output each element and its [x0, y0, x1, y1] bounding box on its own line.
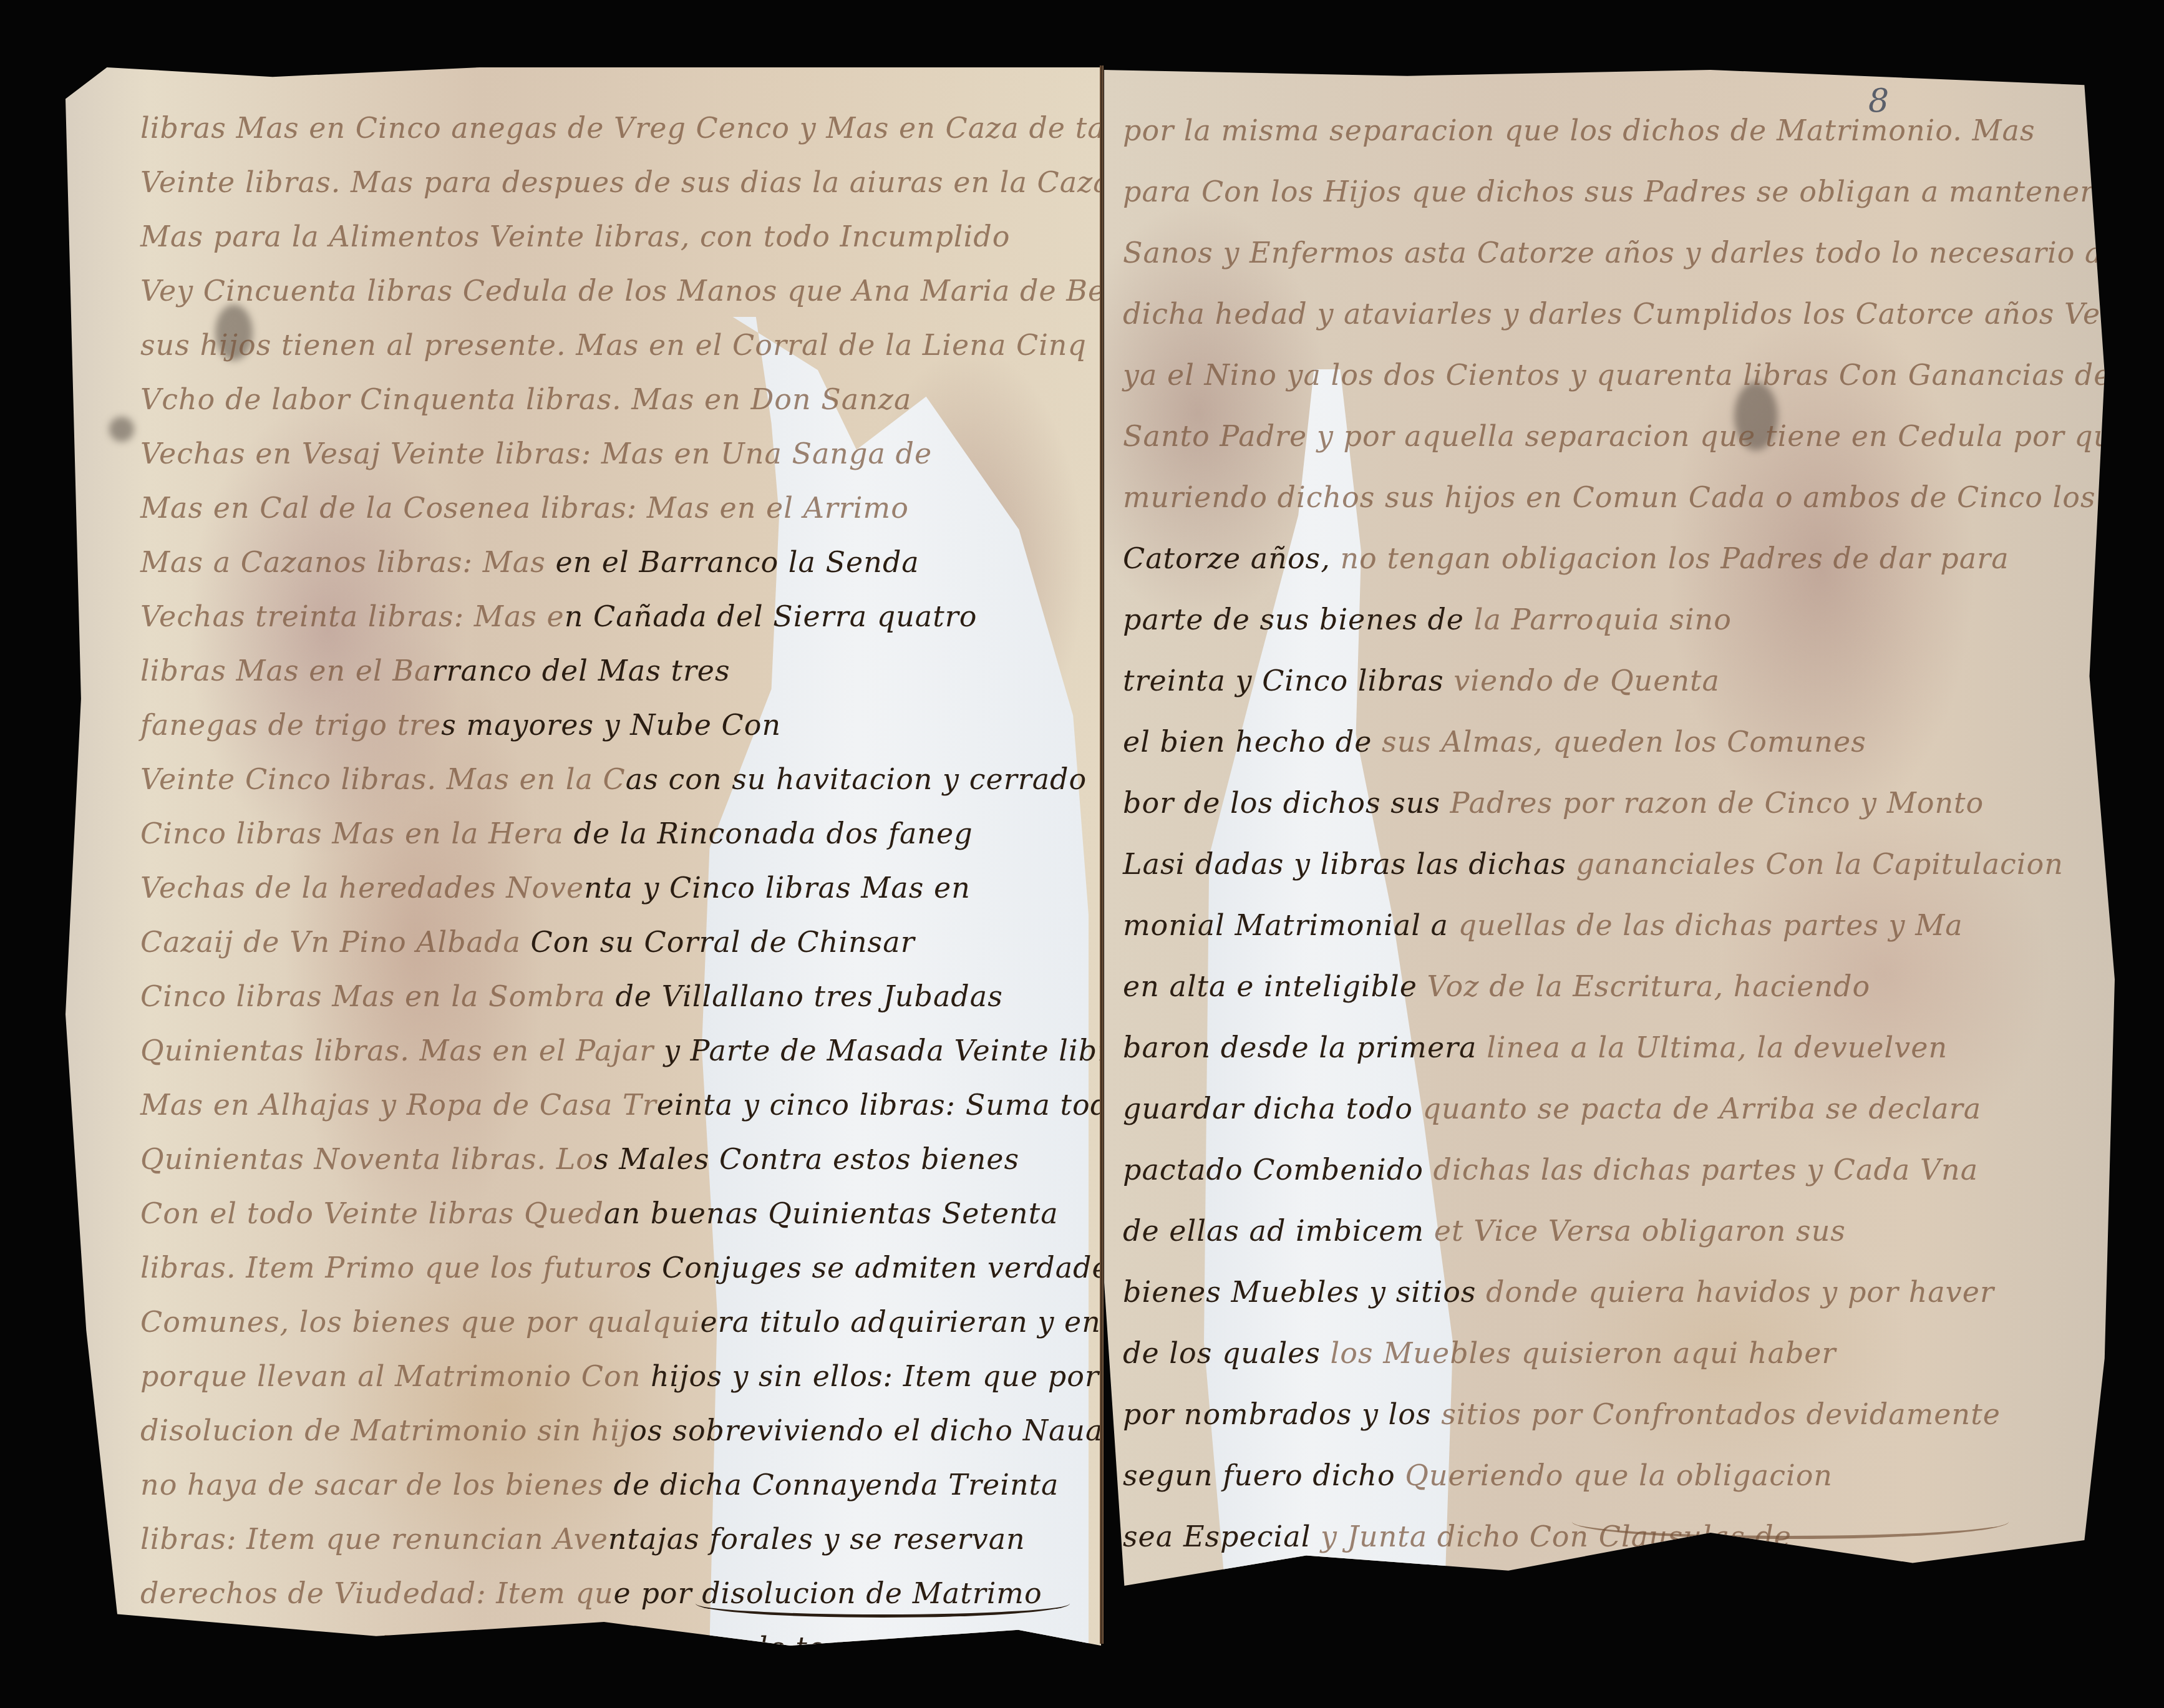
manuscript-line: pactado Combenido dichas las dichas part… [1123, 1153, 1978, 1186]
manuscript-line: Vechas de la heredades Noventa y Cinco l… [140, 871, 971, 905]
manuscript-line: Quinientas libras. Mas en el Pajar y Par… [140, 1034, 1101, 1067]
manuscript-line: Catorze años, no tengan obligacion los P… [1123, 541, 2009, 575]
manuscript-line: porque llevan al Matrimonio Con hijos y … [140, 1359, 1099, 1393]
manuscript-line: Con el todo Veinte libras Quedan buenas … [140, 1196, 1059, 1230]
manuscript-line: ya el Nino ya los dos Cientos y quarenta… [1123, 358, 2111, 392]
manuscript-line: muriendo dichos sus hijos en Comun Cada … [1123, 480, 2096, 514]
manuscript-line: Mas en Alhajas y Ropa de Casa Treinta y … [140, 1088, 1101, 1122]
manuscript-line: Vcho de labor Cinquenta libras. Mas en D… [140, 382, 912, 416]
manuscript-line: sus hijos tienen al presente. Mas en el … [140, 328, 1087, 362]
left-manuscript-page: libras Mas en Cinco anegas de Vreg Cenco… [66, 67, 1101, 1646]
manuscript-line: Vey Cincuenta libras Cedula de los Manos… [140, 274, 1101, 308]
manuscript-line: para Con los Hijos que dichos sus Padres… [1123, 175, 2115, 208]
manuscript-line: libras Mas en el Barranco del Mas tres [140, 654, 730, 687]
manuscript-line: no haya de sacar de los bienes de dicha … [140, 1468, 1059, 1502]
manuscript-line: dicha hedad y ataviarles y darles Cumpli… [1123, 297, 2115, 331]
manuscript-line: disolucion de Matrimonio sin hijos sobre… [140, 1414, 1101, 1447]
manuscript-line: Cinco libras Mas en la Hera de la Rincon… [140, 817, 973, 850]
manuscript-line: bor de los dichos sus Padres por razon d… [1123, 786, 1984, 820]
manuscript-line: segun fuero dicho Queriendo que la oblig… [1123, 1458, 1833, 1492]
manuscript-line: fanegas de trigo tres mayores y Nube Con [140, 708, 781, 742]
manuscript-line: Lasi dadas y libras las dichas ganancial… [1123, 847, 2064, 881]
manuscript-line: Mas para la Alimentos Veinte libras, con… [140, 220, 1010, 253]
manuscript-line: libras Mas en Cinco anegas de Vreg Cenco… [140, 111, 1101, 145]
manuscript-line: Quinientas Noventa libras. Los Males Con… [140, 1142, 1019, 1176]
right-manuscript-page: 8 por la misma separacion que los dichos… [1104, 70, 2115, 1586]
manuscript-line: Mas a Cazanos libras: Mas en el Barranco… [140, 545, 919, 579]
manuscript-line: Comunes, los bienes que por qualquiera t… [140, 1305, 1101, 1339]
manuscript-line: en alta e inteligible Voz de la Escritur… [1123, 969, 1870, 1003]
manuscript-line: baron desde la primera linea a la Ultima… [1123, 1031, 1948, 1064]
manuscript-line: Veinte Cinco libras. Mas en la Cas con s… [140, 762, 1087, 796]
manuscript-line: de ellas ad imbicem et Vice Versa obliga… [1123, 1214, 1846, 1248]
manuscript-line: libras: Item que renuncian Aventajas for… [140, 1522, 1026, 1556]
manuscript-line: monial Matrimonial a quellas de las dich… [1123, 908, 1963, 942]
manuscript-line: Vechas treinta libras: Mas en Cañada del… [140, 599, 977, 633]
manuscript-line: parte de sus bienes de la Parroquia sino [1123, 603, 1732, 636]
mold-spot [109, 417, 134, 442]
center-fold-gutter [1100, 66, 1104, 1644]
manuscript-line: de los quales los Muebles quisieron aqui… [1123, 1336, 1836, 1370]
manuscript-line: bienes Muebles y sitios donde quiera hav… [1123, 1275, 1994, 1309]
manuscript-line: Vechas en Vesaj Veinte libras: Mas en Un… [140, 437, 932, 470]
manuscript-line: Santo Padre y por aquella separacion que… [1123, 419, 2115, 453]
closing-flourish [696, 1589, 1070, 1618]
manuscript-line: treinta y Cinco libras viendo de Quenta [1123, 664, 1720, 697]
manuscript-line: guardar dicha todo quanto se pacta de Ar… [1123, 1092, 1981, 1125]
manuscript-line: nio sin hijos Cada uno se lleve en lo qu… [140, 1631, 1049, 1646]
signature-flourish [1572, 1505, 2009, 1539]
manuscript-line: libras. Item Primo que los futuros Conju… [140, 1251, 1101, 1284]
manuscript-line: Sanos y Enfermos asta Catorze años y dar… [1123, 236, 2115, 269]
manuscript-line: por nombrados y los sitios por Confronta… [1123, 1397, 2001, 1431]
manuscript-line: Cinco libras Mas en la Sombra de Villall… [140, 979, 1003, 1013]
manuscript-line: el bien hecho de sus Almas, queden los C… [1123, 725, 1866, 759]
manuscript-line: Mas en Cal de la Cosenea libras: Mas en … [140, 491, 909, 525]
manuscript-line: por la misma separacion que los dichos d… [1123, 114, 2035, 147]
manuscript-line: Cazaij de Vn Pino Albada Con su Corral d… [140, 925, 915, 959]
manuscript-line: Veinte libras. Mas para despues de sus d… [140, 165, 1101, 199]
